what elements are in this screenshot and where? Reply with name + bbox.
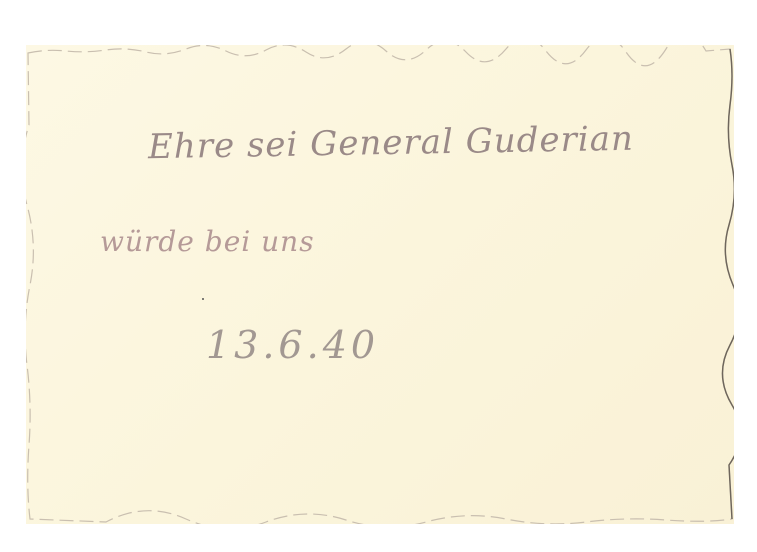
inscription-line-1: Ehre sei General Guderian — [148, 119, 635, 167]
inscription-date: 13.6.40 — [206, 323, 379, 367]
photo-card-back: Ehre sei General Guderian würde bei uns … — [26, 45, 734, 524]
dust-speck — [202, 298, 204, 300]
inscription-line-2: würde bei uns — [100, 225, 315, 258]
deckled-edge — [26, 45, 734, 524]
